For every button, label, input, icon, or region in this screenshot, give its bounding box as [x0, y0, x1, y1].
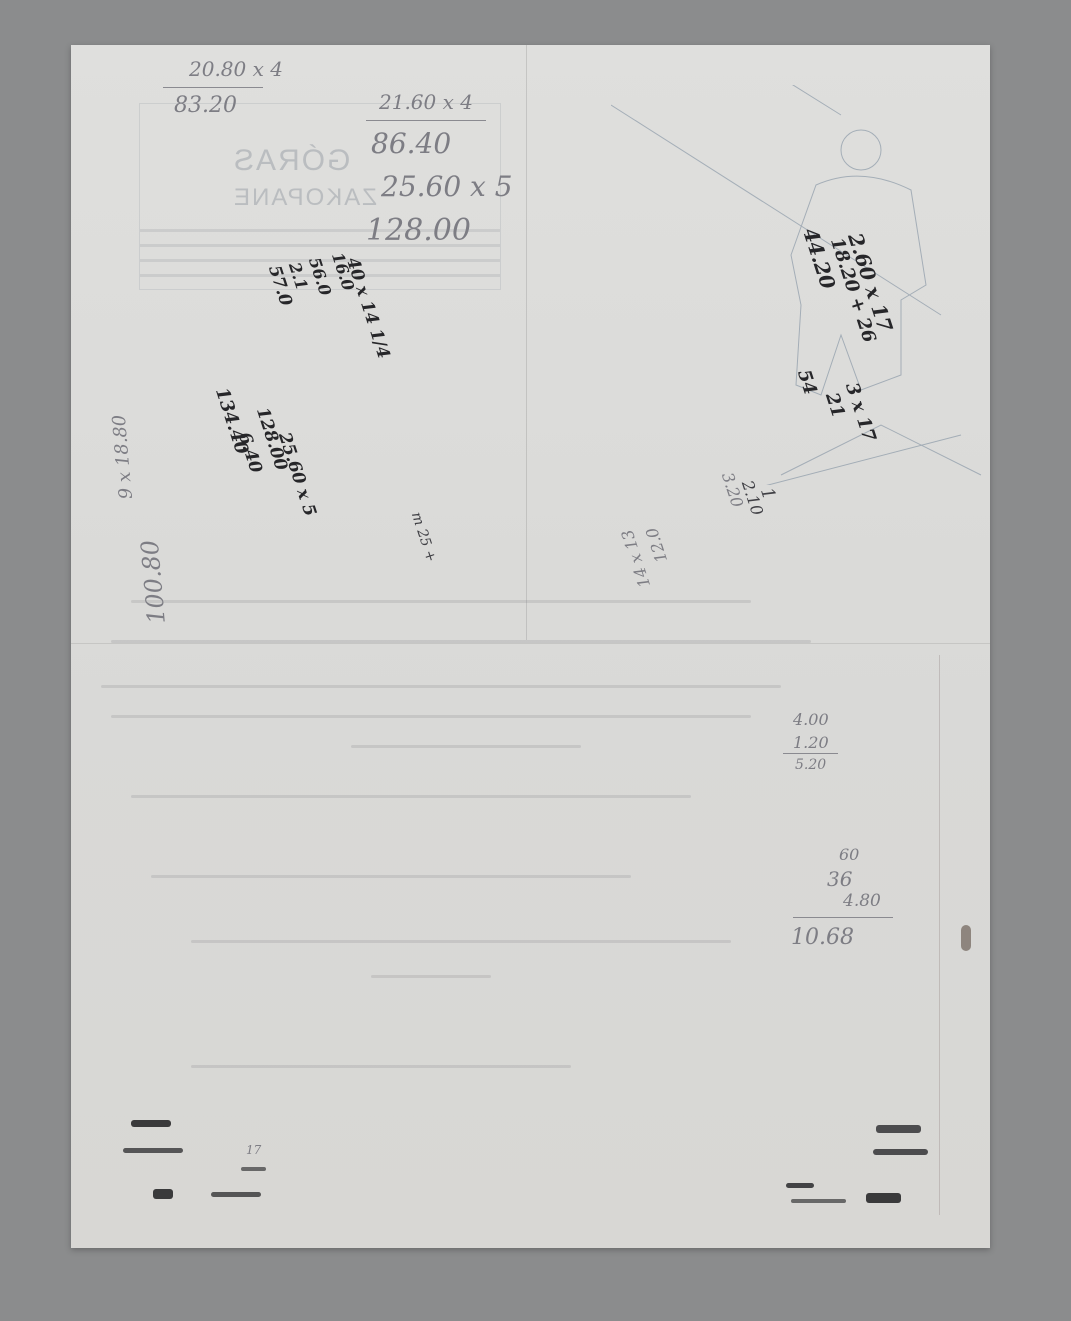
calc-center-a-result: 128.00 — [366, 213, 471, 248]
right-col2-line: 4.80 — [843, 891, 881, 911]
left-margin-expr: 9 x 18.80 — [109, 414, 137, 500]
bleed-text-line — [371, 975, 491, 978]
stamp-line-1: GÓRAS — [232, 144, 350, 178]
bottom-number: 17 — [246, 1143, 261, 1157]
calc-rule — [163, 87, 263, 88]
bleed-text-line — [101, 685, 781, 688]
right-col2-line: 60 — [839, 845, 859, 864]
left-margin-result: 100.80 — [136, 539, 171, 625]
struck-mark — [786, 1183, 814, 1188]
right-col2-result: 10.68 — [791, 925, 854, 950]
stain-mark — [961, 925, 971, 951]
right-small-line: 12.0 — [642, 525, 671, 565]
bleed-text-line — [151, 875, 631, 878]
struck-mark — [211, 1192, 261, 1197]
struck-mark — [153, 1189, 173, 1199]
struck-mark — [123, 1148, 183, 1153]
struck-mark — [866, 1193, 901, 1203]
document-paper: GÓRAS ZAKOPANE 20.80 x 4 83.20 21.60 x 4… — [71, 45, 990, 1248]
struck-mark — [876, 1125, 921, 1133]
struck-mark — [873, 1149, 928, 1155]
margin-line — [939, 655, 940, 1215]
figure-sketch — [611, 85, 991, 485]
bleed-text-line — [131, 600, 751, 603]
calc-rule — [783, 753, 838, 754]
stamp-line-2: ZAKOPANE — [232, 184, 377, 212]
calc-top-center-expr: 21.60 x 4 — [379, 90, 473, 114]
rotated-note: m 25 + — [408, 510, 439, 564]
left-margin-calc: 9 x 18.80 — [109, 414, 137, 500]
calc-center-a-expr: 25.60 x 5 — [381, 170, 513, 203]
right-small-calc: 12.0 — [642, 525, 671, 565]
bleed-text-line — [111, 640, 811, 643]
rotated-note-text: m 25 + — [408, 510, 439, 564]
fold-line-vertical — [526, 45, 527, 640]
bleed-text-line — [191, 1065, 571, 1068]
calc-top-left-expr: 20.80 x 4 — [189, 57, 283, 81]
calc-rule — [793, 917, 893, 918]
right-col1-result: 5.20 — [795, 757, 826, 773]
fold-line-horizontal — [71, 643, 990, 644]
right-col2-line: 36 — [827, 867, 852, 891]
left-margin-result-text: 100.80 — [136, 539, 171, 625]
calc-top-center-result: 86.40 — [371, 127, 451, 160]
bleed-text-line — [351, 745, 581, 748]
right-col1-line: 1.20 — [793, 733, 829, 752]
right-col1-line: 4.00 — [793, 710, 829, 729]
bleed-text-line — [111, 715, 751, 718]
rotated-calc-result: 134.40 — [211, 385, 252, 457]
calc-rule — [366, 120, 486, 121]
struck-mark — [131, 1120, 171, 1127]
bleed-text-line — [191, 940, 731, 943]
calc-top-left-result: 83.20 — [174, 93, 237, 118]
struck-mark — [791, 1199, 846, 1203]
rotated-calc-2-result: 134.40 — [211, 385, 252, 457]
bleed-text-line — [131, 795, 691, 798]
struck-mark — [241, 1167, 266, 1171]
